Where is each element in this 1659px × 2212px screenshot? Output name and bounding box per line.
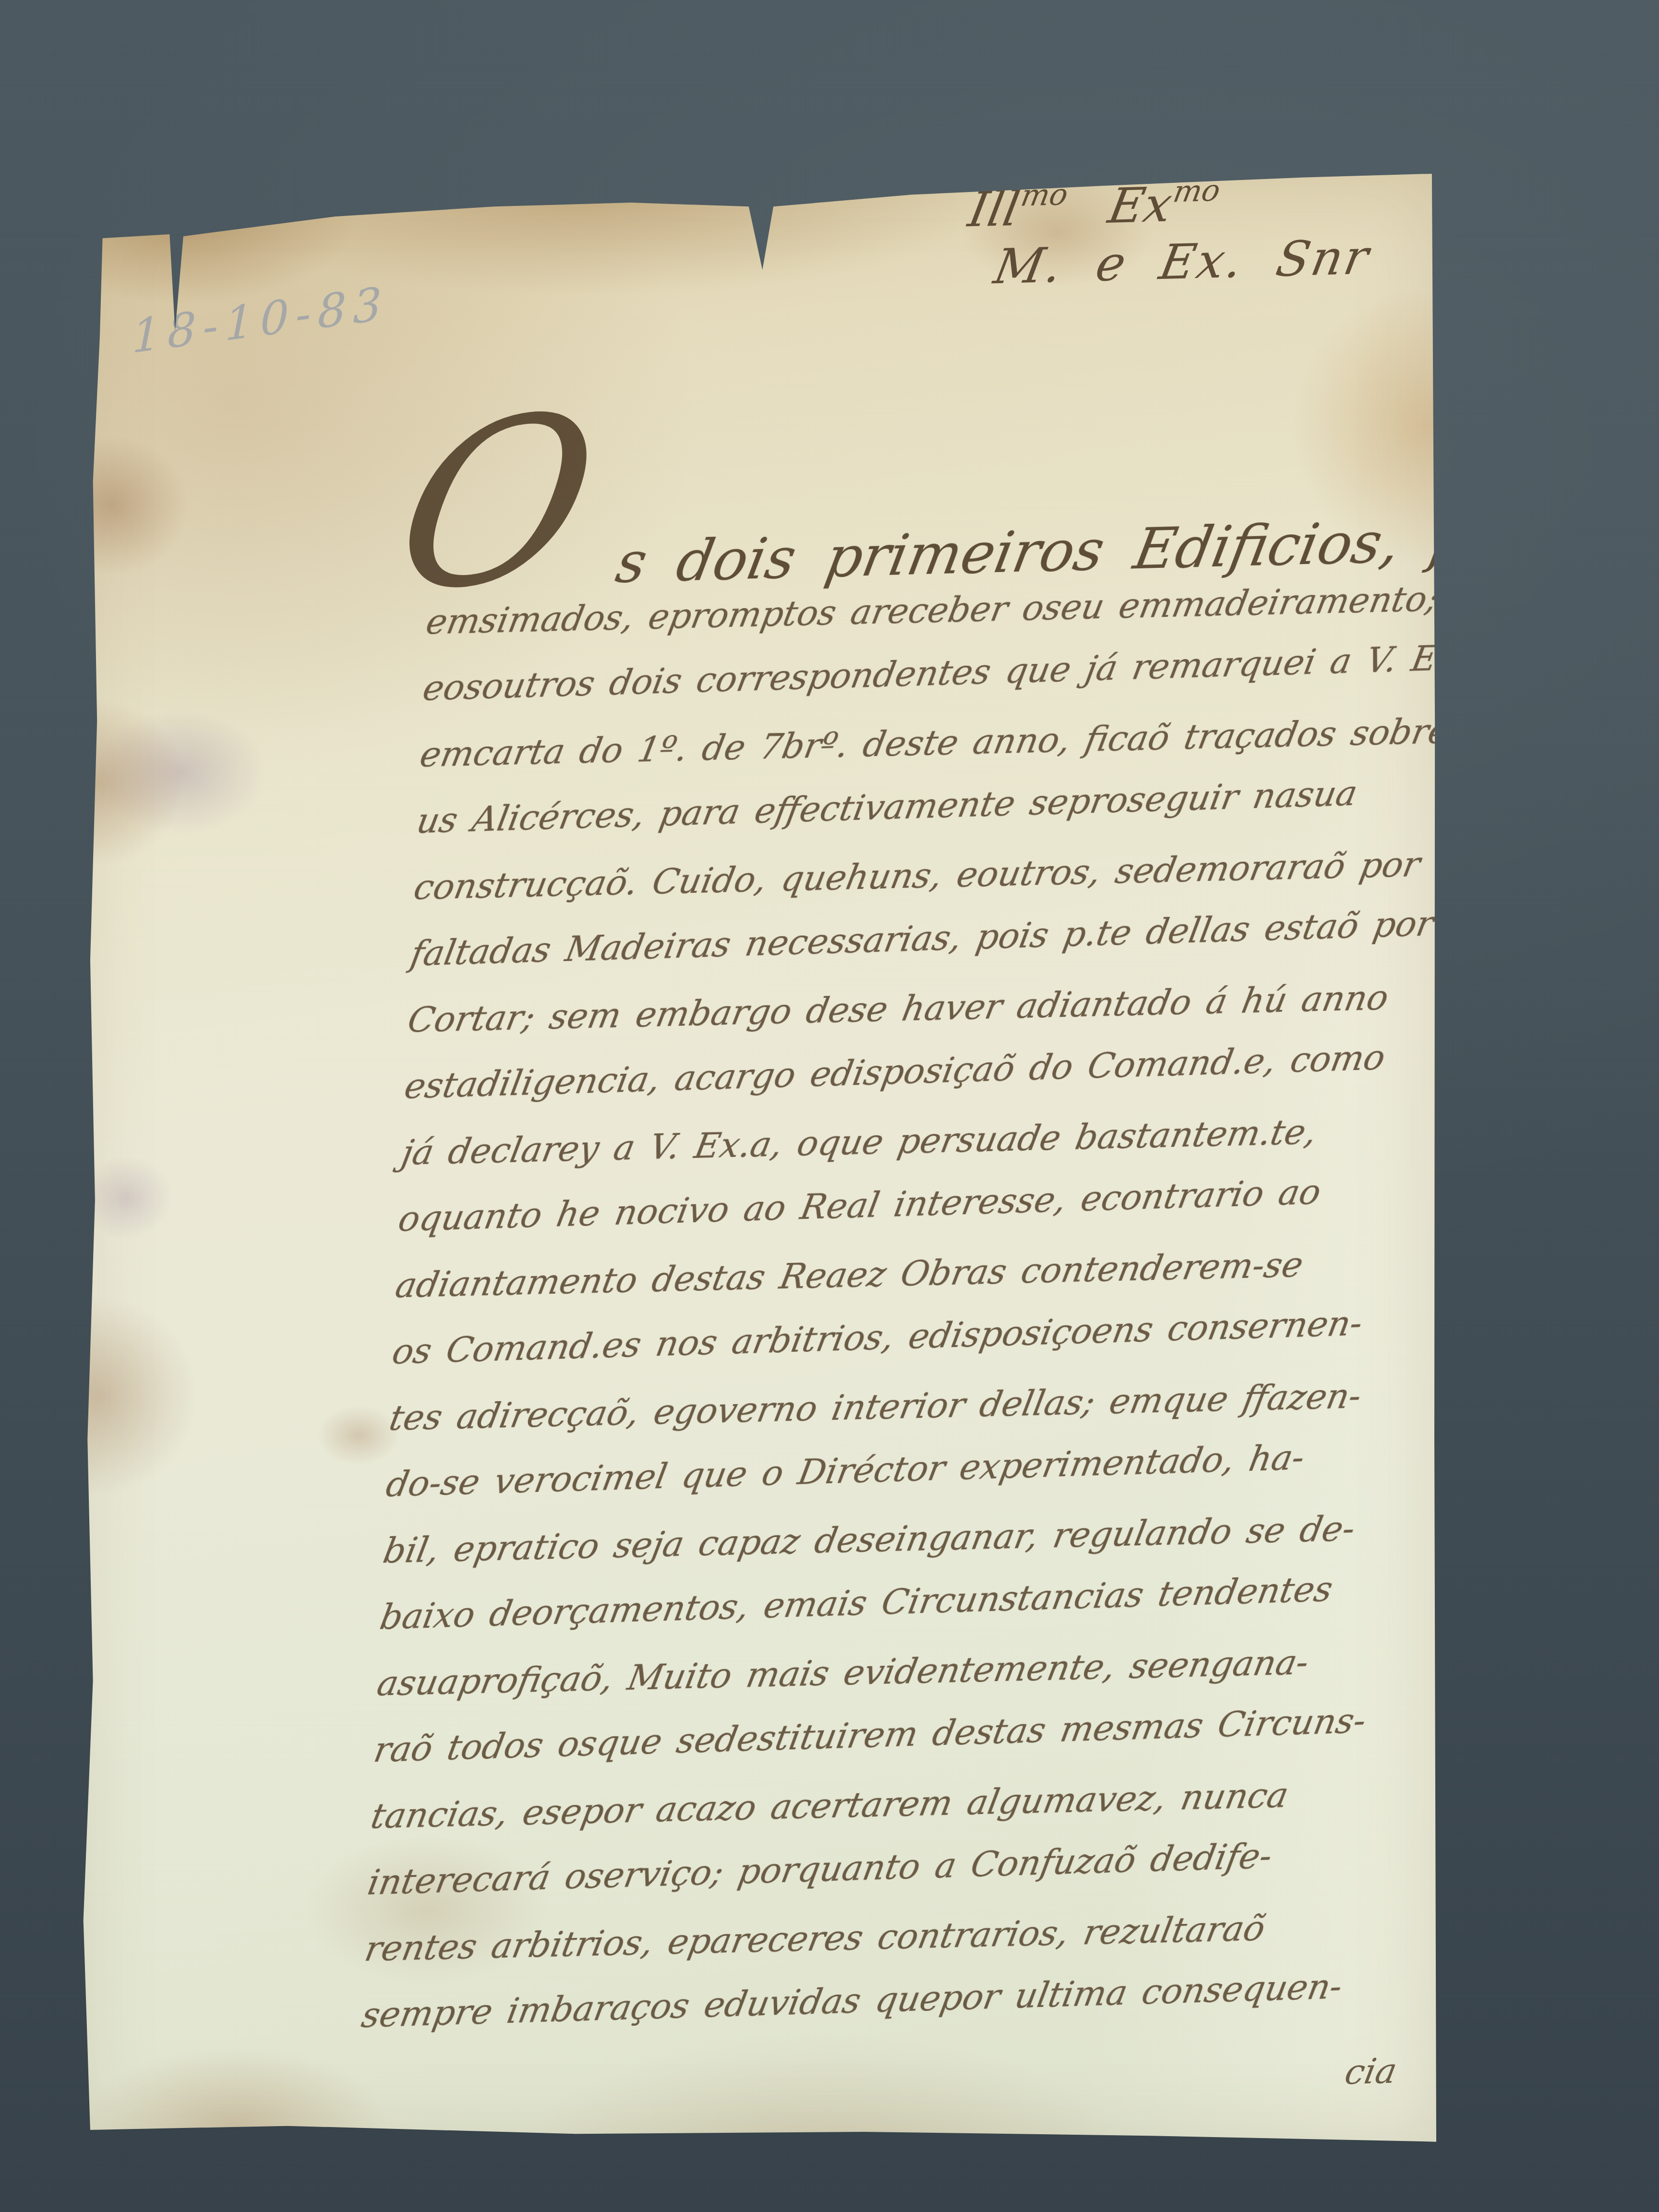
manuscript-paper: 18-10-83 Illmo Exmo M. e Ex. Snr O s doi… [71,169,1440,2148]
catchword: cia [1342,2050,1400,2092]
salutation-line-2: M. e Ex. Snr [990,228,1375,295]
pencil-date-annotation: 18-10-83 [132,276,388,363]
ink-layer: 18-10-83 Illmo Exmo M. e Ex. Snr O s doi… [60,141,1480,2154]
letter-body: emsimados, epromptos areceber oseu emmad… [339,561,1520,2048]
